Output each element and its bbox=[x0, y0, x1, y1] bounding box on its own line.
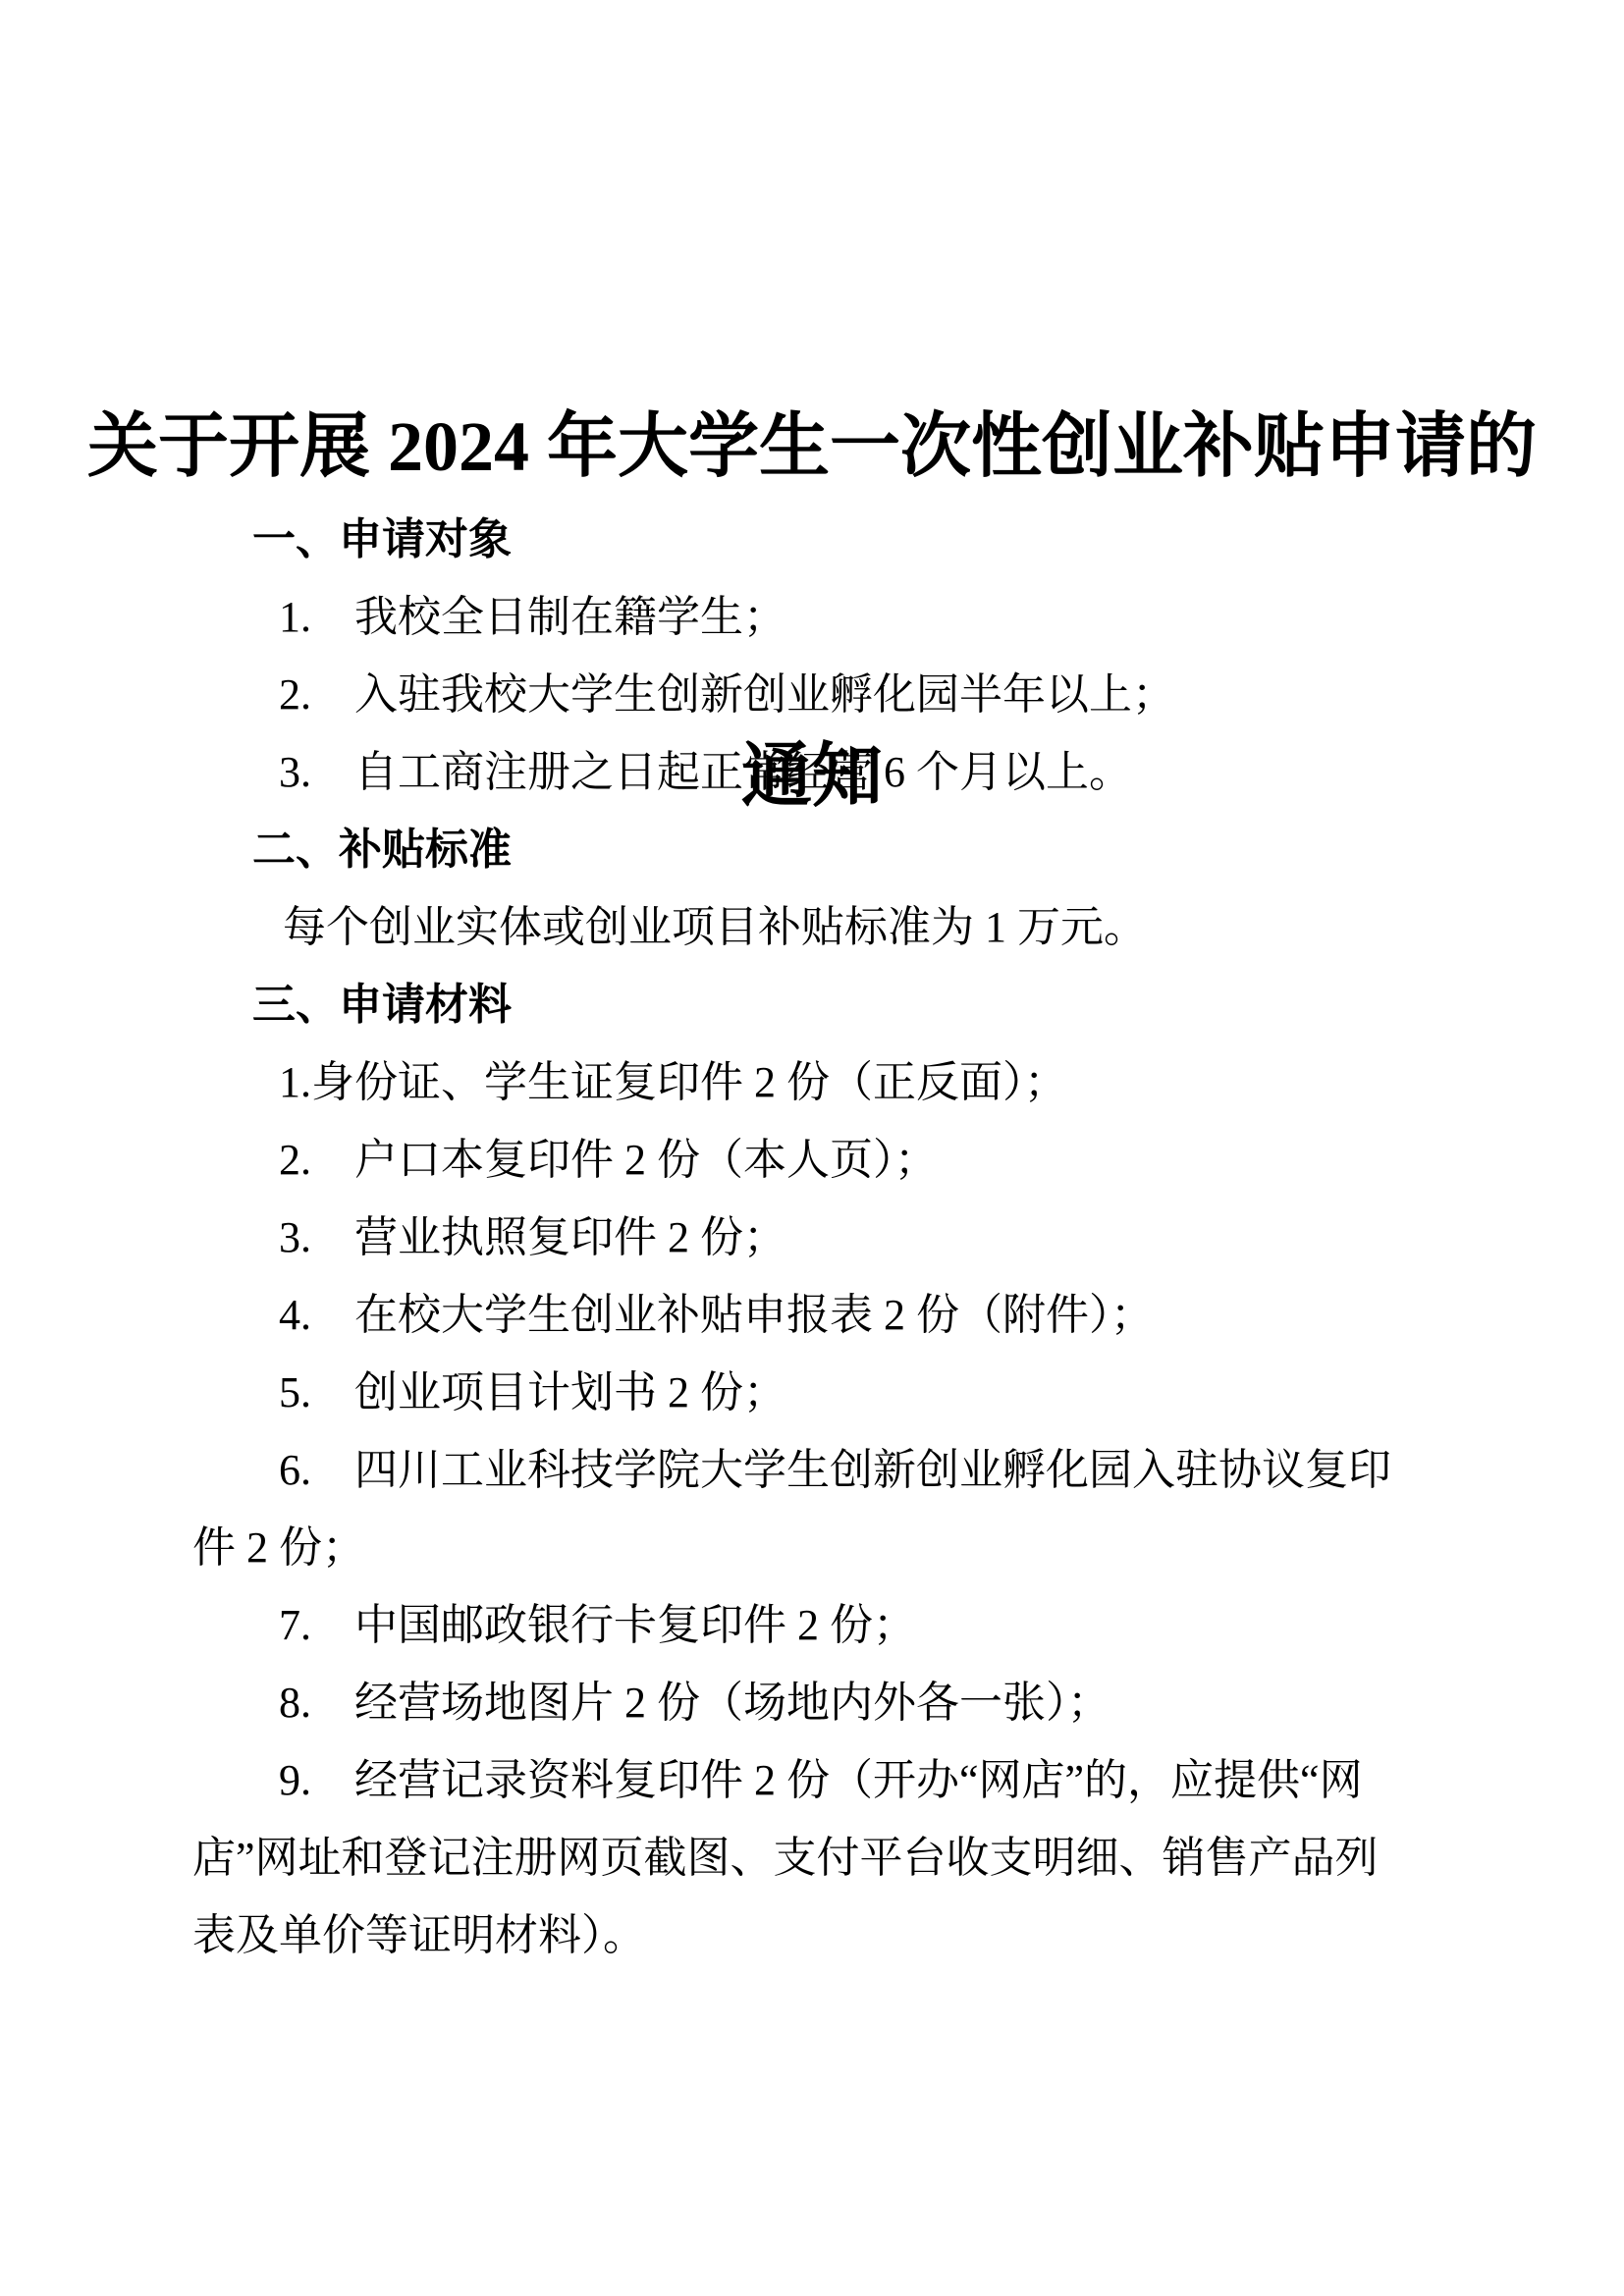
list-item: 9. 经营记录资料复印件 2 份（开办“网店”的，应提供“网 bbox=[192, 1741, 1449, 1819]
content-body: 一、申请对象 1. 我校全日制在籍学生； 2. 入驻我校大学生创新创业孵化园半年… bbox=[192, 501, 1449, 1974]
list-item: 5. 创业项目计划书 2 份； bbox=[192, 1354, 1449, 1431]
list-item: 4. 在校大学生创业补贴申报表 2 份（附件）； bbox=[192, 1276, 1449, 1354]
list-item: 8. 经营场地图片 2 份（场地内外各一张）； bbox=[192, 1664, 1449, 1741]
section-heading-2: 二、补贴标准 bbox=[192, 811, 1449, 888]
continuation-line: 店”网址和登记注册网页截图、支付平台收支明细、销售产品列 bbox=[192, 1819, 1449, 1896]
list-item: 6. 四川工业科技学院大学生创新创业孵化园入驻协议复印 bbox=[192, 1431, 1449, 1509]
notice-page: 关于开展 2024 年大学生一次性创业补贴申请的 通知 一、申请对象 1. 我校… bbox=[0, 0, 1624, 2296]
list-item: 1. 我校全日制在籍学生； bbox=[192, 578, 1449, 656]
continuation-line: 表及单价等证明材料）。 bbox=[192, 1896, 1449, 1974]
list-item: 2. 户口本复印件 2 份（本人页）； bbox=[192, 1121, 1449, 1199]
title-line-1: 关于开展 2024 年大学生一次性创业补贴申请的 bbox=[0, 392, 1624, 502]
list-item: 2. 入驻我校大学生创新创业孵化园半年以上； bbox=[192, 656, 1449, 733]
list-item: 3. 自工商注册之日起正常经营 6 个月以上。 bbox=[192, 733, 1449, 811]
section-heading-3: 三、申请材料 bbox=[192, 966, 1449, 1043]
list-item: 1.身份证、学生证复印件 2 份（正反面）； bbox=[192, 1043, 1449, 1121]
continuation-line: 件 2 份； bbox=[192, 1509, 1449, 1586]
list-item: 7. 中国邮政银行卡复印件 2 份； bbox=[192, 1586, 1449, 1664]
section-heading-1: 一、申请对象 bbox=[192, 501, 1449, 578]
list-item: 3. 营业执照复印件 2 份； bbox=[192, 1199, 1449, 1276]
paragraph: 每个创业实体或创业项目补贴标准为 1 万元。 bbox=[192, 888, 1449, 966]
